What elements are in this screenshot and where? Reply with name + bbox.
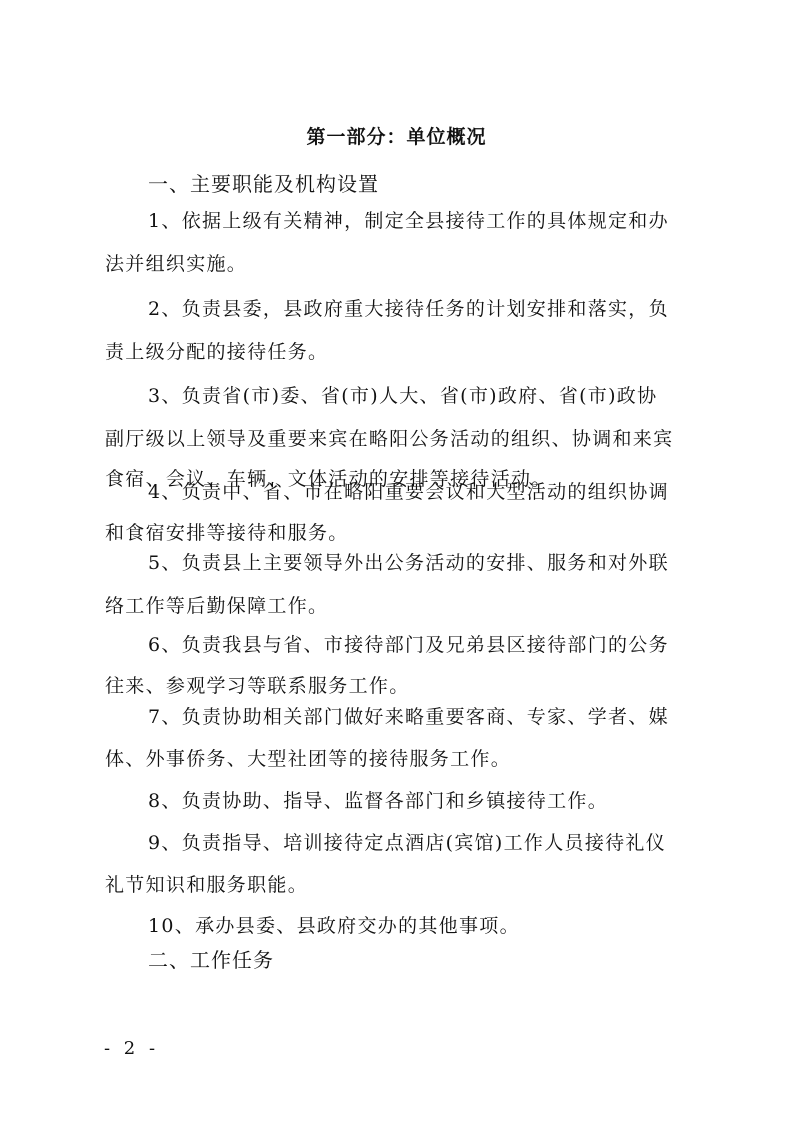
item-line: 法并组织实施。 [105,249,247,276]
item-line: 体、外事侨务、大型社团等的接待服务工作。 [105,744,511,771]
page-number: - 2 - [104,1038,159,1059]
page-title: 第一部分：单位概况 [0,122,793,149]
item-line: 礼节知识和服务职能。 [105,870,308,897]
item-line: 8、负责协助、指导、监督各部门和乡镇接待工作。 [148,786,608,813]
item-line: 络工作等后勤保障工作。 [105,591,328,618]
item-line: 5、负责县上主要领导外出公务活动的安排、服务和对外联 [148,548,669,575]
item-line: 2、负责县委，县政府重大接待任务的计划安排和落实，负 [148,294,669,321]
item-line: 6、负责我县与省、市接待部门及兄弟县区接待部门的公务 [148,630,669,657]
document-page: 第一部分：单位概况 一、主要职能及机构设置 1、依据上级有关精神，制定全县接待工… [0,0,793,1122]
item-line: 1、依据上级有关精神，制定全县接待工作的具体规定和办 [148,206,669,233]
item-line: 和食宿安排等接待和服务。 [105,518,349,545]
item-line: 3、负责省(市)委、省(市)人大、省(市)政府、省(市)政协 [148,381,657,408]
item-line: 10、承办县委、县政府交办的其他事项。 [148,911,520,938]
item-line: 往来、参观学习等联系服务工作。 [105,671,410,698]
section-heading-functions: 一、主要职能及机构设置 [148,168,379,197]
item-line: 副厅级以上领导及重要来宾在略阳公务活动的组织、协调和来宾 [105,424,673,451]
section-heading-tasks: 二、工作任务 [148,944,274,973]
item-line: 9、负责指导、培训接待定点酒店(宾馆)工作人员接待礼仪 [148,828,666,855]
item-line: 责上级分配的接待任务。 [105,337,328,364]
item-line: 4、负责中、省、市在略阳重要会议和大型活动的组织协调 [148,477,669,504]
item-line: 7、负责协助相关部门做好来略重要客商、专家、学者、媒 [148,702,669,729]
